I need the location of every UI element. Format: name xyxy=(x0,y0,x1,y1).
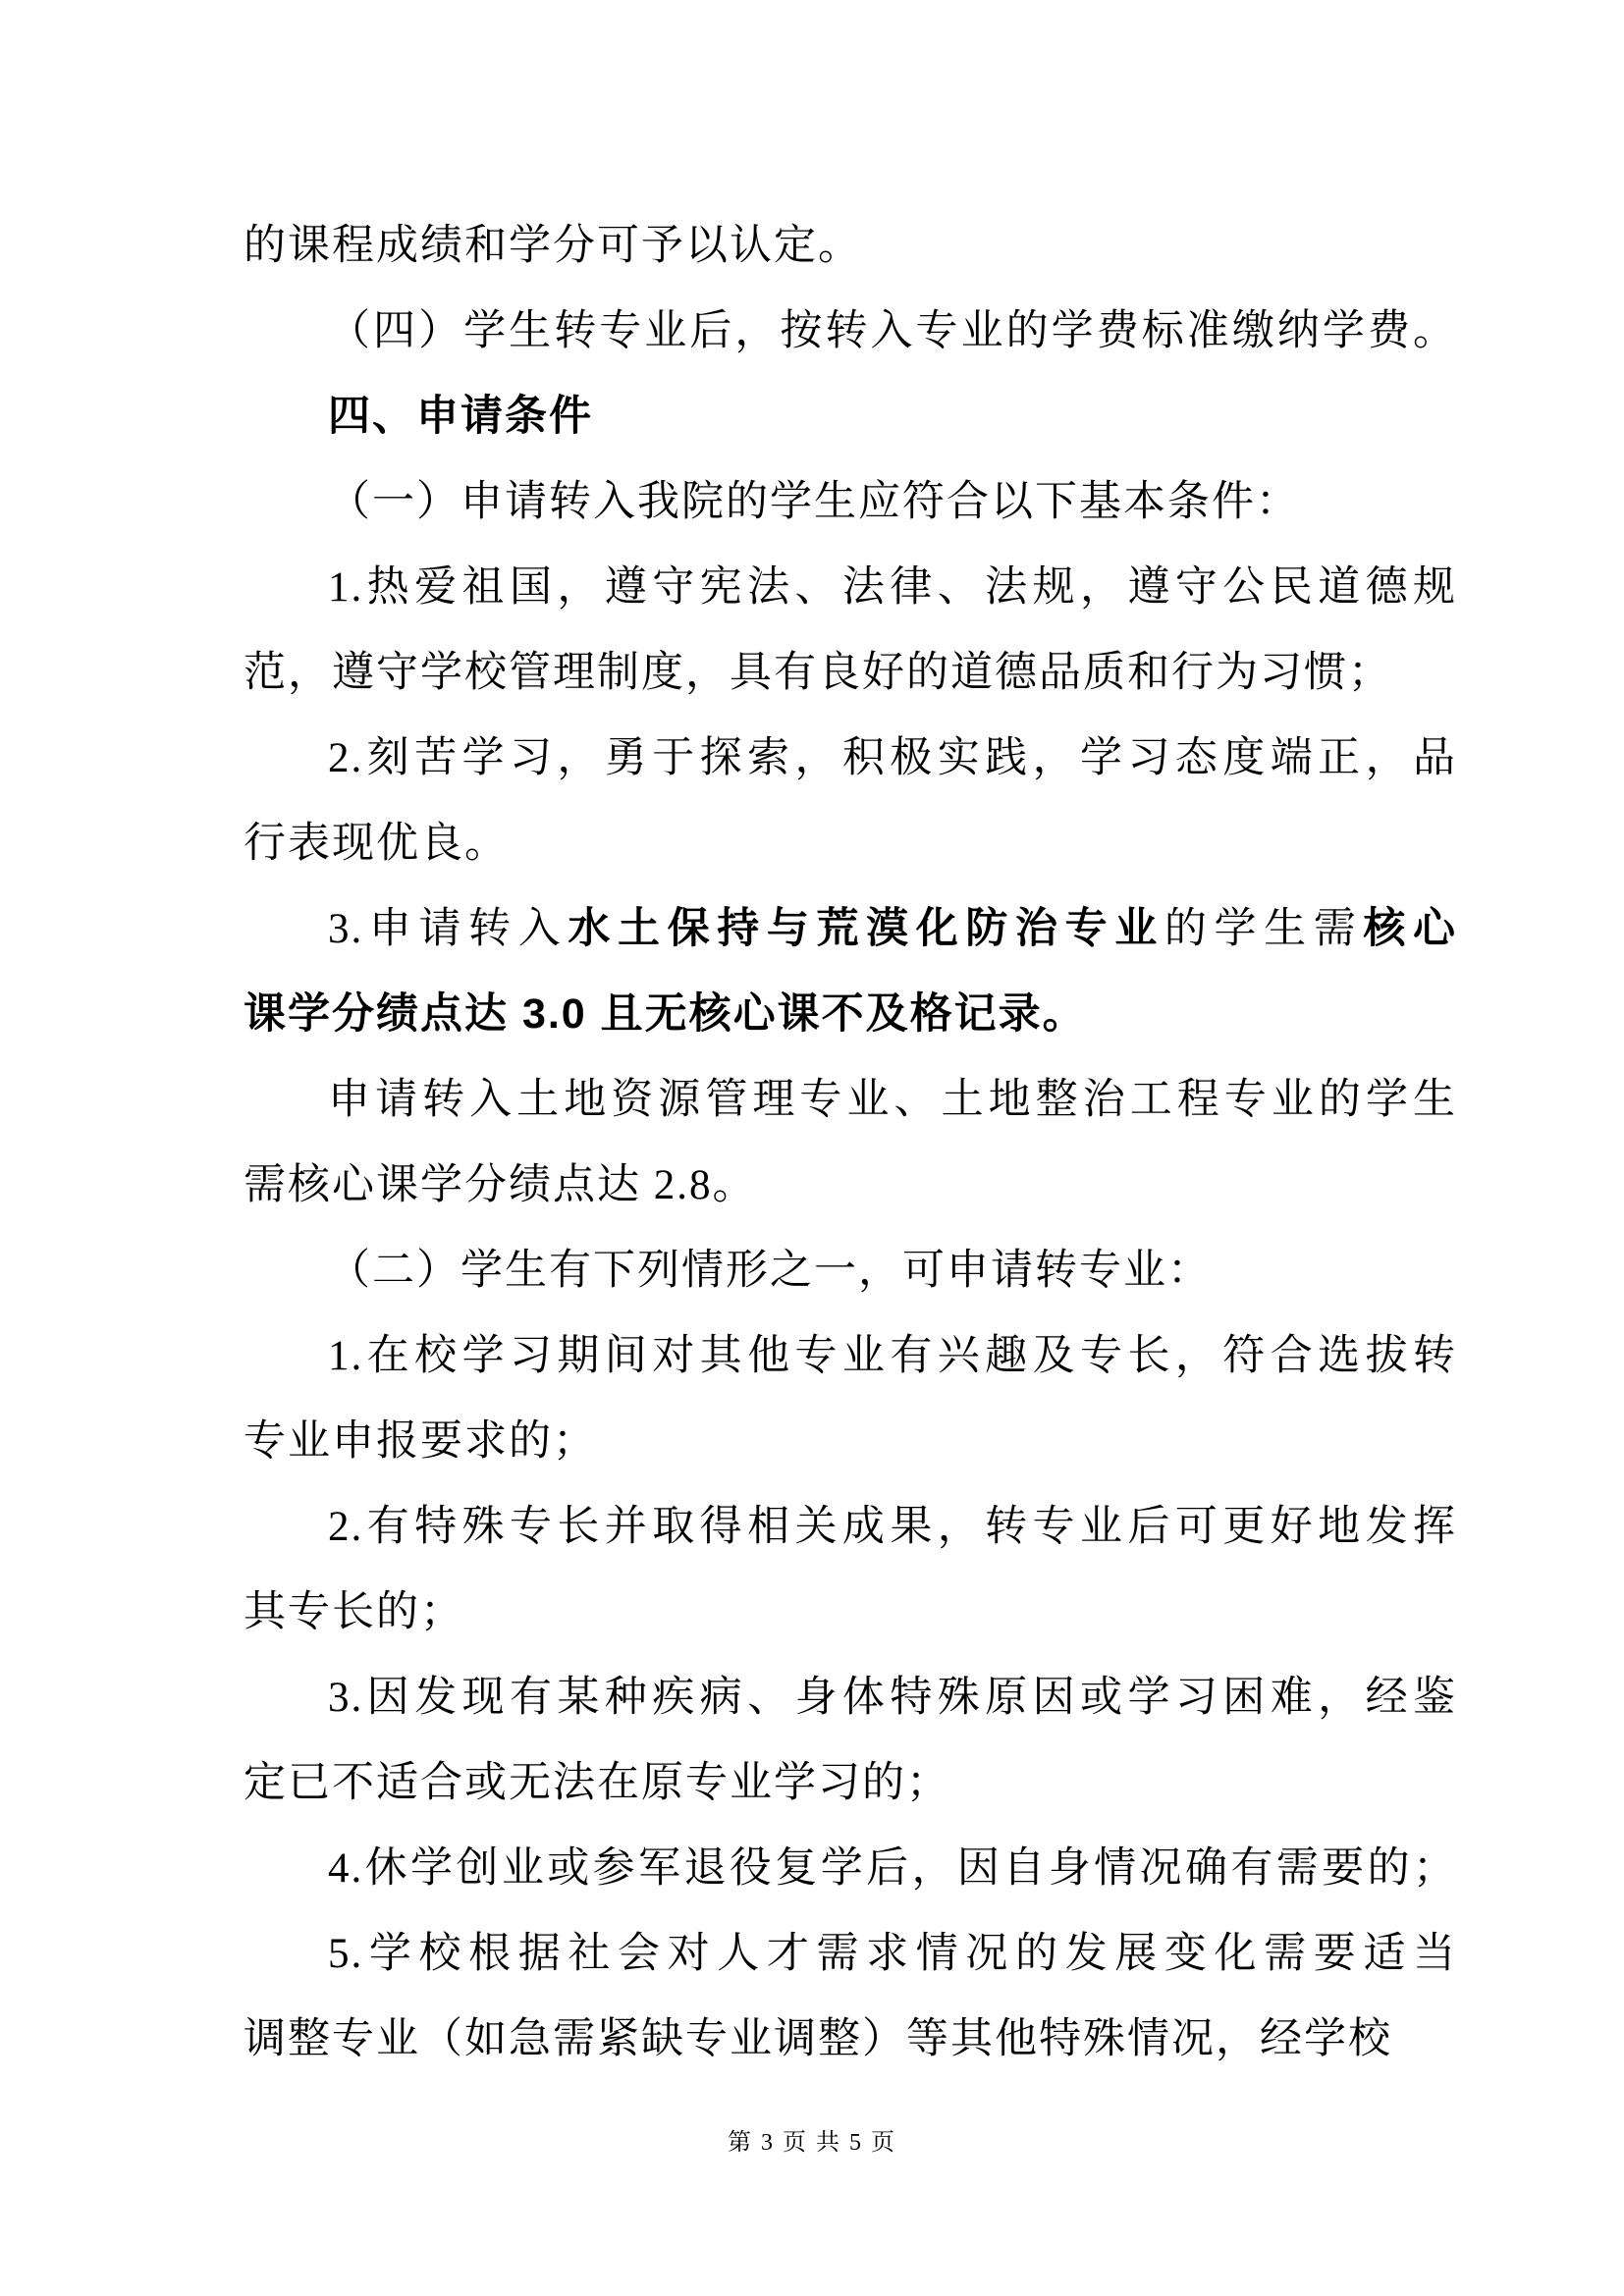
text-line: （二）学生有下列情形之一，可申请转专业： xyxy=(244,1228,1457,1313)
text-segment: 的学生需 xyxy=(1164,906,1364,952)
text-line: 需核心课学分绩点达 2.8。 xyxy=(244,1143,1457,1228)
document-page: 的课程成绩和学分可予以认定。（四）学生转专业后，按转入专业的学费标准缴纳学费。四… xyxy=(0,0,1624,2296)
text-line: 范，遵守学校管理制度，具有良好的道德品质和行为习惯； xyxy=(244,630,1457,716)
text-segment: 5.学校根据社会对人才需求情况的发展变化需要适当 xyxy=(328,1931,1457,1977)
text-segment: 1.在校学习期间对其他专业有兴趣及专长，符合选拔转 xyxy=(328,1333,1457,1379)
text-line: 的课程成绩和学分可予以认定。 xyxy=(244,203,1457,289)
text-segment: 2.有特殊专长并取得相关成果，转专业后可更好地发挥 xyxy=(328,1504,1457,1550)
text-segment: （一）申请转入我院的学生应符合以下基本条件： xyxy=(328,479,1300,525)
text-segment: 4.休学创业或参军退役复学后，因自身情况确有需要的； xyxy=(328,1845,1457,1892)
text-segment: 2.刻苦学习，勇于探索，积极实践，学习态度端正，品 xyxy=(328,735,1457,781)
page-number: 第 3 页 共 5 页 xyxy=(728,2130,896,2156)
text-segment: 调整专业（如急需紧缺专业调整）等其他特殊情况，经学校 xyxy=(244,2016,1392,2062)
text-segment: （四）学生转专业后，按转入专业的学费标准缴纳学费。 xyxy=(328,308,1457,354)
text-line: 2.有特殊专长并取得相关成果，转专业后可更好地发挥 xyxy=(244,1484,1457,1570)
text-segment: 行表现优良。 xyxy=(244,821,509,867)
text-line: （一）申请转入我院的学生应符合以下基本条件： xyxy=(244,459,1457,545)
bold-text-segment: 四、申请条件 xyxy=(328,393,593,440)
text-segment: 定已不适合或无法在原专业学习的； xyxy=(244,1760,950,1806)
text-line: 2.刻苦学习，勇于探索，积极实践，学习态度端正，品 xyxy=(244,716,1457,801)
text-segment: 的课程成绩和学分可予以认定。 xyxy=(244,223,862,269)
text-segment: （二）学生有下列情形之一，可申请转专业： xyxy=(328,1248,1212,1294)
text-line: 行表现优良。 xyxy=(244,801,1457,886)
text-line: （四）学生转专业后，按转入专业的学费标准缴纳学费。 xyxy=(244,289,1457,374)
text-line: 1.在校学习期间对其他专业有兴趣及专长，符合选拔转 xyxy=(244,1313,1457,1399)
bold-text-segment: 课学分绩点达 3.0 且无核心课不及格记录。 xyxy=(244,990,1087,1038)
text-line: 3.因发现有某种疾病、身体特殊原因或学习困难，经鉴 xyxy=(244,1655,1457,1740)
text-segment: 范，遵守学校管理制度，具有良好的道德品质和行为习惯； xyxy=(244,650,1392,696)
text-line: 3.申请转入水土保持与荒漠化防治专业的学生需核心 xyxy=(244,886,1457,972)
text-line: 其专长的； xyxy=(244,1570,1457,1655)
text-line: 课学分绩点达 3.0 且无核心课不及格记录。 xyxy=(244,972,1457,1057)
text-line: 申请转入土地资源管理专业、土地整治工程专业的学生 xyxy=(244,1057,1457,1143)
text-segment: 需核心课学分绩点达 2.8。 xyxy=(244,1162,757,1208)
text-line: 四、申请条件 xyxy=(244,374,1457,459)
bold-text-segment: 水土保持与荒漠化防治专业 xyxy=(568,905,1164,952)
text-segment: 申请转入土地资源管理专业、土地整治工程专业的学生 xyxy=(328,1077,1457,1123)
text-segment: 专业申报要求的； xyxy=(244,1418,597,1465)
text-line: 1.热爱祖国，遵守宪法、法律、法规，遵守公民道德规 xyxy=(244,545,1457,630)
text-line: 定已不适合或无法在原专业学习的； xyxy=(244,1740,1457,1826)
document-body: 的课程成绩和学分可予以认定。（四）学生转专业后，按转入专业的学费标准缴纳学费。四… xyxy=(244,203,1457,2082)
text-line: 4.休学创业或参军退役复学后，因自身情况确有需要的； xyxy=(244,1826,1457,1911)
text-line: 5.学校根据社会对人才需求情况的发展变化需要适当 xyxy=(244,1911,1457,1997)
text-line: 专业申报要求的； xyxy=(244,1399,1457,1484)
page-footer: 第 3 页 共 5 页 xyxy=(0,2127,1624,2159)
bold-text-segment: 核心 xyxy=(1363,905,1457,952)
text-segment: 3.申请转入 xyxy=(328,906,568,952)
text-segment: 3.因发现有某种疾病、身体特殊原因或学习困难，经鉴 xyxy=(328,1675,1457,1721)
text-line: 调整专业（如急需紧缺专业调整）等其他特殊情况，经学校 xyxy=(244,1997,1457,2082)
text-segment: 1.热爱祖国，遵守宪法、法律、法规，遵守公民道德规 xyxy=(328,564,1457,611)
text-segment: 其专长的； xyxy=(244,1589,464,1635)
